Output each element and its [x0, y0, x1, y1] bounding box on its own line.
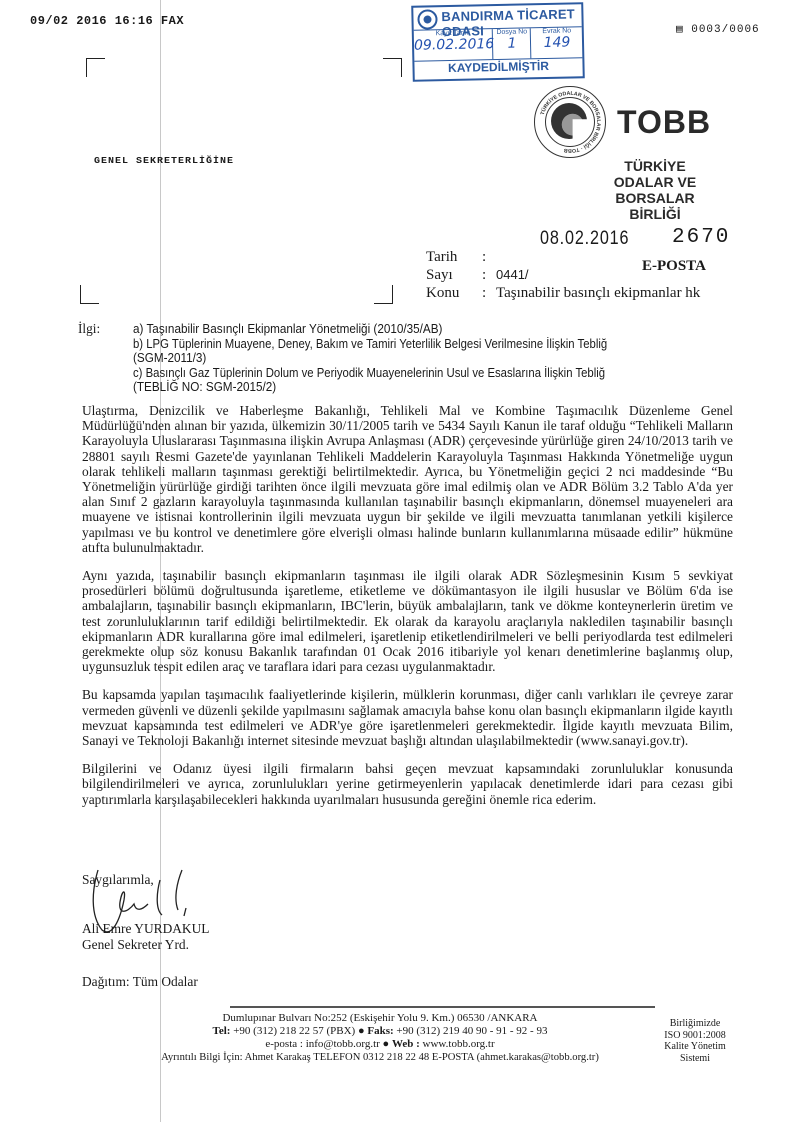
received-number-stamp: 2670 [672, 226, 730, 249]
footer-address: Dumlupınar Bulvarı No:252 (Eskişehir Yol… [160, 1012, 600, 1025]
sanayi-website-link[interactable]: www.sanayi.gov.tr [581, 733, 681, 748]
registry-stamp: BANDIRMA TİCARET ODASI Kayıt Tarihi 09.0… [411, 2, 585, 82]
letter-body: Ulaştırma, Denizcilik ve Haberleşme Baka… [82, 403, 733, 817]
meta-number-row: Sayı:0441/ [426, 266, 700, 284]
reference-item: (SGM-2011/3) [133, 351, 691, 366]
footer: Dumlupınar Bulvarı No:252 (Eskişehir Yol… [160, 1012, 600, 1064]
reference-item: b) LPG Tüplerinin Muayene, Deney, Bakım … [133, 337, 673, 352]
footer-email-web: e-posta : info@tobb.org.tr ● Web : www.t… [160, 1038, 600, 1051]
tobb-logo-text: TOBB [617, 104, 711, 141]
signer-block: Ali Emre YURDAKUL Genel Sekreter Yrd. [82, 921, 209, 952]
bullet-icon: ● [383, 1038, 390, 1050]
address-window-corner-br [374, 285, 393, 304]
address-window-corner-bl [80, 285, 99, 304]
references: İlgi: a) Taşınabilir Basınçlı Ekipmanlar… [78, 322, 733, 395]
svg-text:TÜRKİYE ODALAR VE BORSALAR BİR: TÜRKİYE ODALAR VE BORSALAR BİRLİĞİ · TOB… [540, 91, 602, 154]
address-window-corner-tr [383, 58, 402, 77]
references-label: İlgi: [78, 322, 100, 337]
reference-item: (TEBLİĞ NO: SGM-2015/2) [133, 380, 691, 395]
reference-item: c) Basınçlı Gaz Tüplerinin Dolum ve Peri… [133, 366, 673, 381]
received-date-stamp: 08.02.2016 [540, 228, 629, 250]
fax-page-icon: ▤ [676, 24, 684, 36]
fax-label: FAX [161, 14, 184, 28]
stamp-status: KAYDEDİLMİŞTİR [414, 58, 582, 76]
footer-email[interactable]: info@tobb.org.tr [306, 1038, 380, 1050]
reference-item: a) Taşınabilir Basınçlı Ekipmanlar Yönet… [133, 322, 691, 337]
signer-title: Genel Sekreter Yrd. [82, 937, 209, 953]
iso-certification: Birliğimizde ISO 9001:2008 Kalite Yöneti… [640, 1018, 750, 1064]
meta-subject-row: Konu:Taşınabilir basınçlı ekipmanlar hk [426, 284, 700, 302]
tobb-emblem-icon: TÜRKİYE ODALAR VE BORSALAR BİRLİĞİ · TOB… [534, 86, 606, 158]
fax-timestamp: 09/02 2016 16:16 [30, 14, 153, 28]
bullet-icon: ● [358, 1025, 365, 1037]
body-paragraph: Ulaştırma, Denizcilik ve Haberleşme Baka… [82, 403, 733, 555]
stamp-field-file-no: Dosya No 1 [494, 28, 532, 59]
signer-name: Ali Emre YURDAKUL [82, 921, 209, 937]
organization-name: TÜRKİYE ODALAR VE BORSALAR BİRLİĞİ [575, 158, 735, 222]
body-paragraph: Bu kapsamda yapılan taşımacılık faaliyet… [82, 687, 733, 748]
chamber-logo-icon [417, 9, 437, 29]
distribution: Dağıtım: Tüm Odalar [82, 974, 198, 990]
stamp-field-doc-no: Evrak No 149 [532, 27, 583, 58]
body-paragraph: Bilgilerini ve Odanız üyesi ilgili firma… [82, 761, 733, 807]
address-window-corner-tl [86, 58, 105, 77]
footer-contact: Ayrıntılı Bilgi İçin: Ahmet Karakaş TELE… [160, 1051, 600, 1064]
recipient: GENEL SEKRETERLİĞİNE [94, 157, 234, 167]
footer-phone-fax: Tel: +90 (312) 218 22 57 (PBX) ● Faks: +… [160, 1025, 600, 1038]
stamp-field-date: Kayıt Tarihi 09.02.2016 [414, 29, 494, 61]
footer-divider [230, 1006, 655, 1008]
body-paragraph: Aynı yazıda, taşınabilir basınçlı ekipma… [82, 568, 733, 674]
meta-date-row: Tarih: [426, 248, 700, 266]
fax-page-counter: ▤ 0003/0006 [676, 22, 760, 36]
footer-web-link[interactable]: www.tobb.org.tr [423, 1038, 495, 1050]
letter-meta: Tarih: Sayı:0441/ Konu:Taşınabilir basın… [426, 248, 700, 302]
stamp-fields: Kayıt Tarihi 09.02.2016 Dosya No 1 Evrak… [414, 26, 583, 62]
